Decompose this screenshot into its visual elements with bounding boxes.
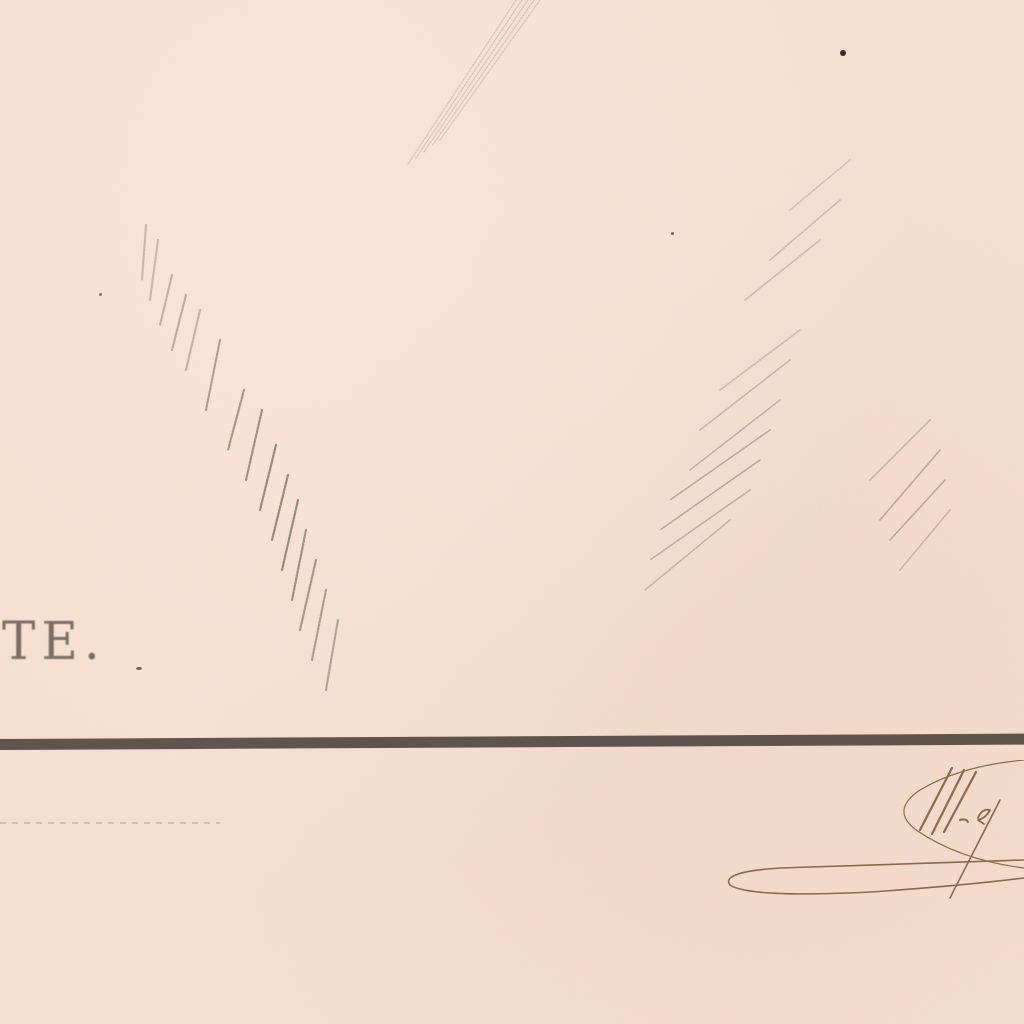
horizontal-rule	[0, 734, 1024, 750]
ink-speck	[671, 232, 674, 235]
paper-texture	[0, 0, 1024, 1024]
pencil-hatching	[0, 0, 1024, 1024]
ink-speck	[99, 293, 102, 296]
ink-speck	[840, 50, 846, 56]
document-page: TE.	[0, 0, 1024, 1024]
document-title-fragment: TE.	[2, 611, 106, 672]
faint-dotted-line	[0, 822, 220, 824]
signature	[720, 760, 1024, 900]
ink-speck	[136, 667, 142, 670]
